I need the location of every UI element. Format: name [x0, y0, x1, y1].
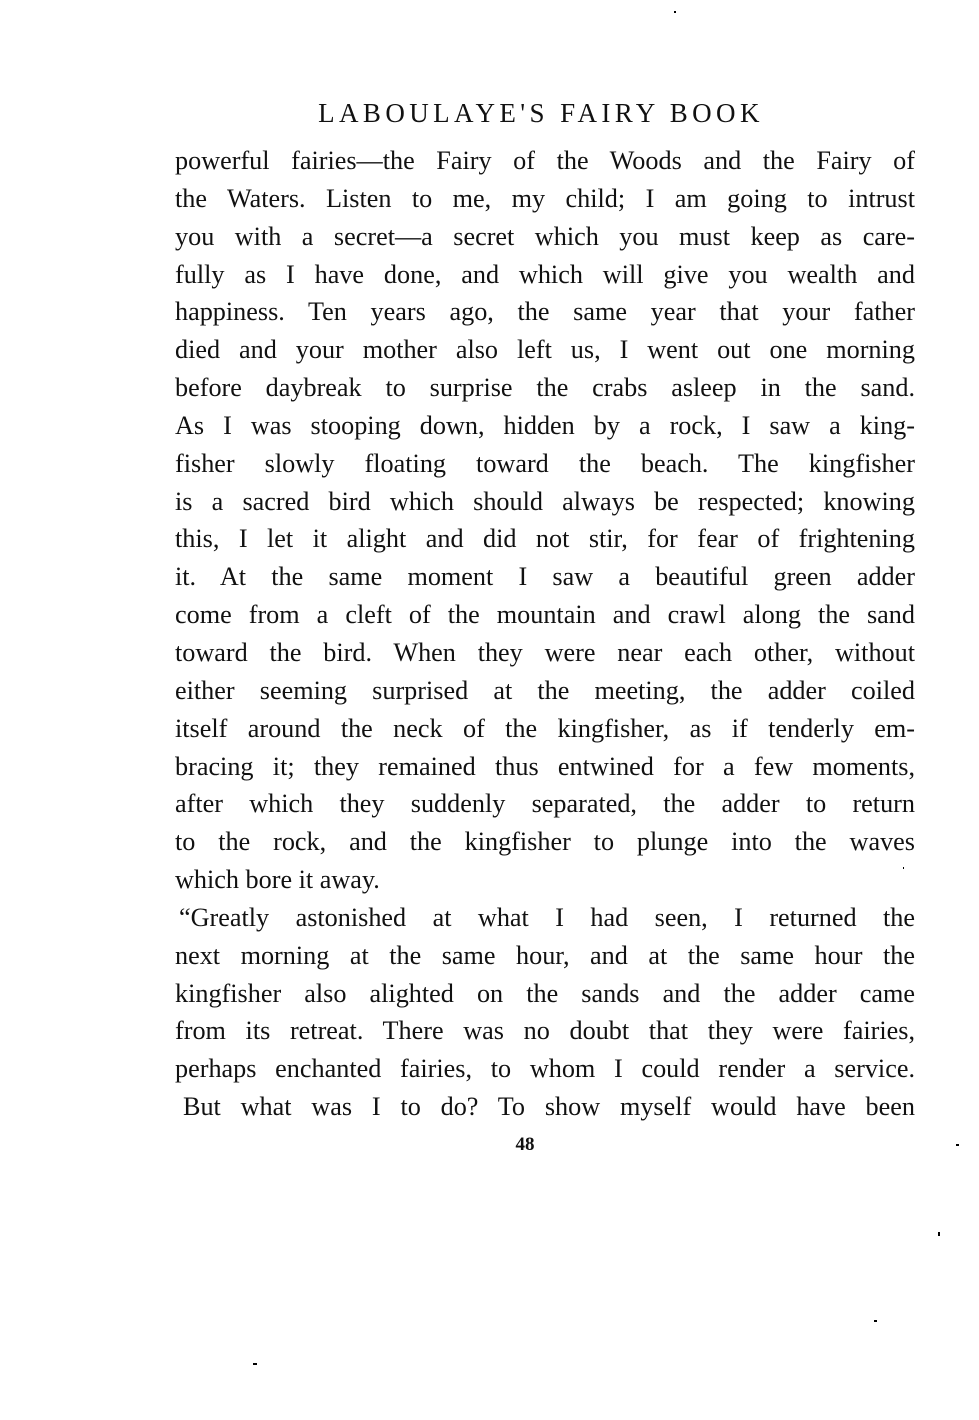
text-line: the Waters. Listen to me, my child; I am… — [175, 180, 915, 218]
text-line: died and your mother also left us, I wen… — [175, 331, 915, 369]
text-line: fully as I have done, and which will giv… — [175, 256, 915, 294]
text-line: you with a secret—a secret which you mus… — [175, 218, 915, 256]
text-line: perhaps enchanted fairies, to whom I cou… — [175, 1050, 915, 1088]
scan-speck — [903, 867, 904, 869]
text-line: either seeming surprised at the meeting,… — [175, 672, 915, 710]
text-line: which bore it away. — [175, 861, 915, 899]
text-line: after which they suddenly separated, the… — [175, 785, 915, 823]
scan-speck — [938, 1232, 940, 1236]
paragraph-2: “Greatly astonished at what I had seen, … — [175, 899, 915, 1126]
running-head: LABOULAYE'S FAIRY BOOK — [170, 96, 912, 130]
text-line: next morning at the same hour, and at th… — [175, 937, 915, 975]
text-line: to the rock, and the kingfisher to plung… — [175, 823, 915, 861]
scan-speck — [674, 11, 676, 13]
text-line: toward the bird. When they were near eac… — [175, 634, 915, 672]
text-line: As I was stooping down, hidden by a rock… — [175, 407, 915, 445]
text-line: this, I let it alight and did not stir, … — [175, 520, 915, 558]
text-line: itself around the neck of the kingfisher… — [175, 710, 915, 748]
text-line: bracing it; they remained thus entwined … — [175, 748, 915, 786]
text-line: come from a cleft of the mountain and cr… — [175, 596, 915, 634]
book-page: LABOULAYE'S FAIRY BOOK powerful fairies—… — [0, 0, 979, 1420]
text-line: But what was I to do? To show myself wou… — [175, 1088, 915, 1126]
text-line: “Greatly astonished at what I had seen, … — [175, 899, 915, 937]
scan-speck — [253, 1363, 257, 1365]
text-line: before daybreak to surprise the crabs as… — [175, 369, 915, 407]
page-number: 48 — [500, 1132, 550, 1158]
body-text: powerful fairies—the Fairy of the Woods … — [175, 142, 915, 1126]
text-line: kingfisher also alighted on the sands an… — [175, 975, 915, 1013]
text-line: powerful fairies—the Fairy of the Woods … — [175, 142, 915, 180]
text-line: it. At the same moment I saw a beautiful… — [175, 558, 915, 596]
text-line: is a sacred bird which should always be … — [175, 483, 915, 521]
paragraph-1: powerful fairies—the Fairy of the Woods … — [175, 142, 915, 899]
text-line: happiness. Ten years ago, the same year … — [175, 293, 915, 331]
scan-speck — [956, 1144, 959, 1146]
text-line: fisher slowly floating toward the beach.… — [175, 445, 915, 483]
text-line: from its retreat. There was no doubt tha… — [175, 1012, 915, 1050]
scan-speck — [874, 1320, 877, 1322]
